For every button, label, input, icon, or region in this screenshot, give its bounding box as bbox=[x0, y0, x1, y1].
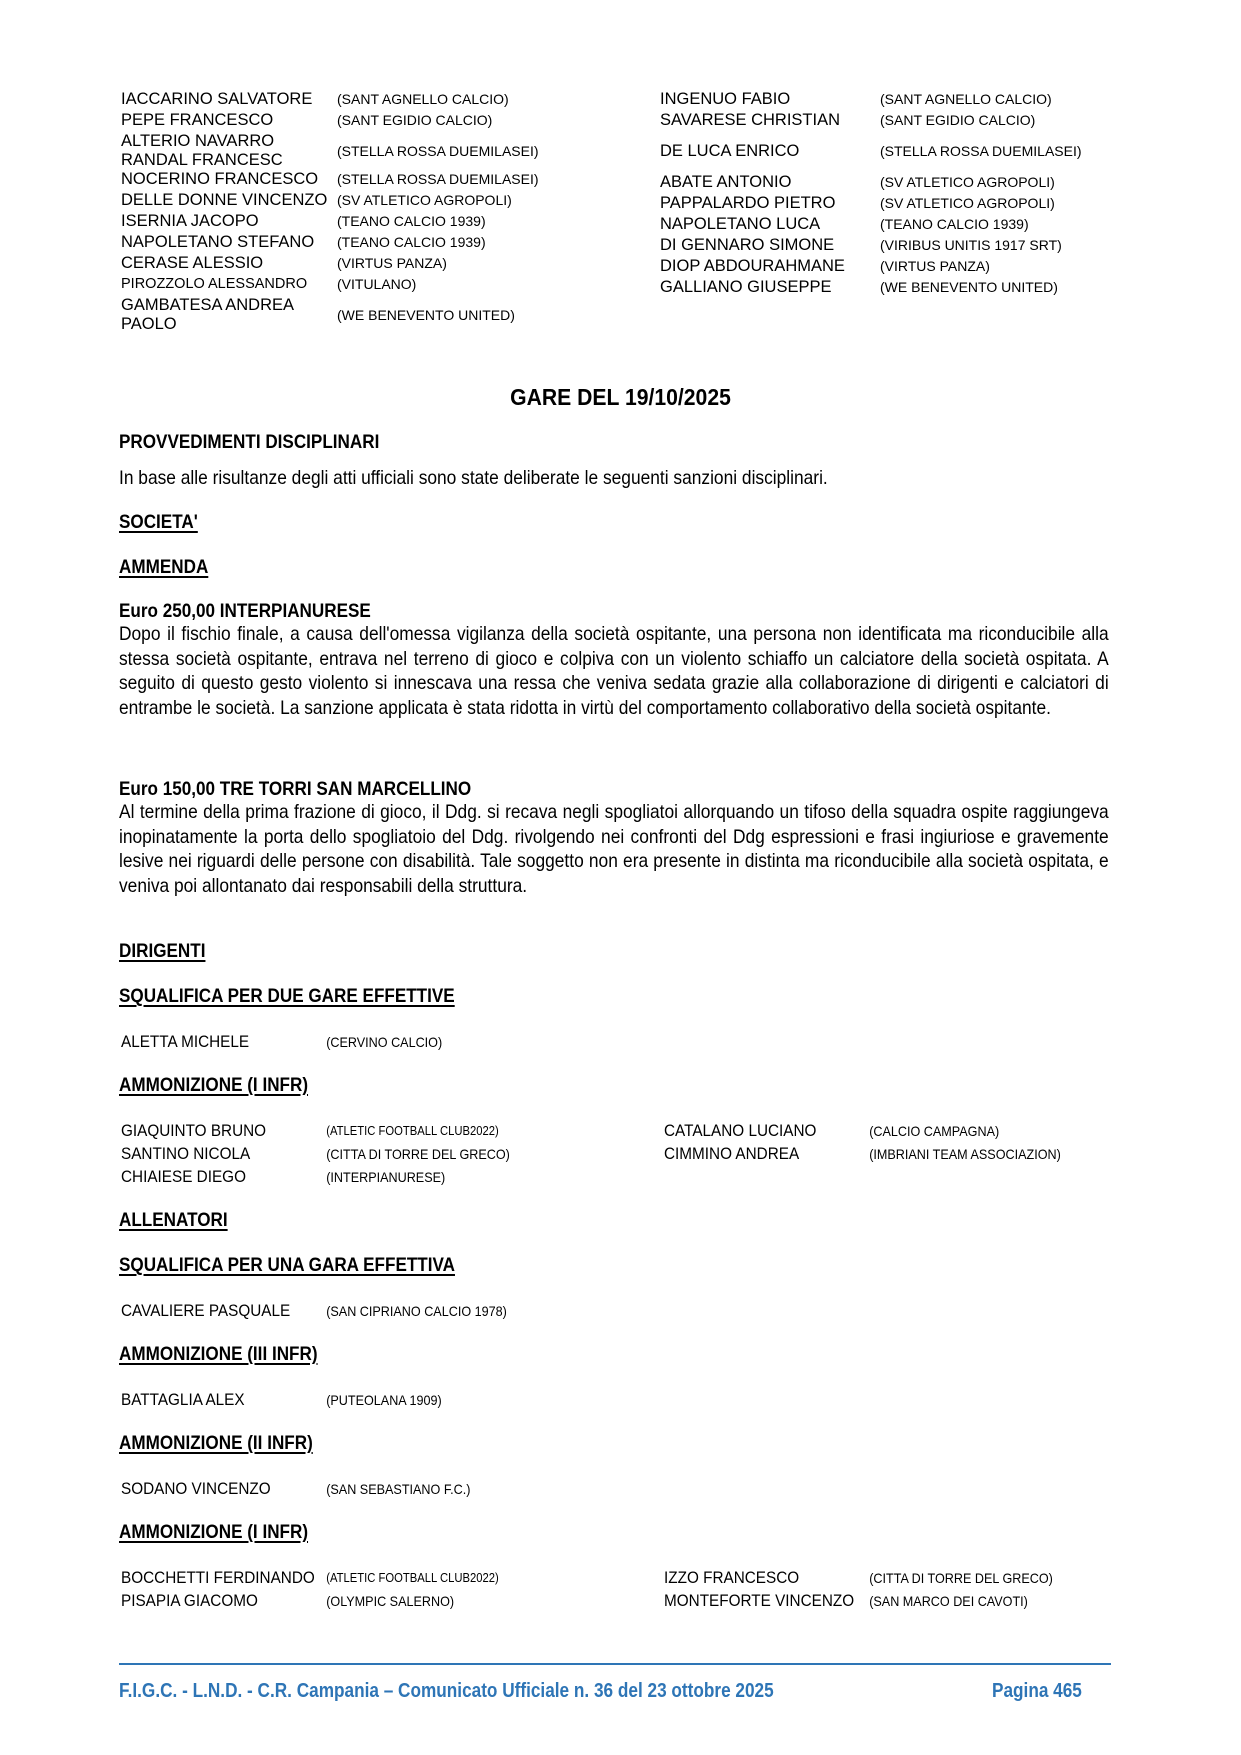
societa-heading: SOCIETA' bbox=[119, 512, 198, 534]
list-item: IACCARINO SALVATORE(SANT AGNELLO CALCIO) bbox=[121, 90, 509, 109]
player-name: DELLE DONNE VINCENZO bbox=[121, 191, 337, 210]
club-name: (TEANO CALCIO 1939) bbox=[337, 233, 486, 252]
club-name: (STELLA ROSSA DUEMILASEI) bbox=[337, 170, 539, 189]
list-item: SODANO VINCENZO(SAN SEBASTIANO F.C.) bbox=[121, 1479, 470, 1501]
player-name: PIROZZOLO ALESSANDRO bbox=[121, 275, 337, 294]
club-name: (SAN MARCO DEI CAVOTI) bbox=[869, 1593, 1028, 1609]
person-name: CATALANO LUCIANO bbox=[664, 1121, 869, 1141]
club-name: (CALCIO CAMPAGNA) bbox=[869, 1123, 999, 1139]
player-name: SAVARESE CHRISTIAN bbox=[660, 111, 880, 130]
list-item: IZZO FRANCESCO(CITTA DI TORRE DEL GRECO) bbox=[664, 1568, 1053, 1590]
list-item: NAPOLETANO STEFANO(TEANO CALCIO 1939) bbox=[121, 233, 486, 252]
club-name: (CITTA DI TORRE DEL GRECO) bbox=[869, 1570, 1053, 1586]
list-item: DIOP ABDOURAHMANE(VIRTUS PANZA) bbox=[660, 257, 990, 276]
club-name: (VIRIBUS UNITIS 1917 SRT) bbox=[880, 236, 1062, 255]
list-item: NAPOLETANO LUCA(TEANO CALCIO 1939) bbox=[660, 215, 1029, 234]
list-item: PEPE FRANCESCO(SANT EGIDIO CALCIO) bbox=[121, 111, 492, 130]
club-name: (SAN CIPRIANO CALCIO 1978) bbox=[326, 1303, 507, 1319]
person-name: BATTAGLIA ALEX bbox=[121, 1390, 326, 1410]
player-name: ISERNIA JACOPO bbox=[121, 212, 337, 231]
list-item: DI GENNARO SIMONE(VIRIBUS UNITIS 1917 SR… bbox=[660, 236, 1062, 255]
club-name: (SV ATLETICO AGROPOLI) bbox=[337, 191, 512, 210]
person-name: ALETTA MICHELE bbox=[121, 1032, 326, 1052]
person-name: IZZO FRANCESCO bbox=[664, 1568, 869, 1588]
ammonizione-heading: AMMONIZIONE (I INFR) bbox=[119, 1075, 308, 1097]
person-name: CHIAIESE DIEGO bbox=[121, 1167, 326, 1187]
list-item: GAMBATESA ANDREA PAOLO(WE BENEVENTO UNIT… bbox=[121, 296, 515, 334]
person-name: GIAQUINTO BRUNO bbox=[121, 1121, 326, 1141]
document-page: IACCARINO SALVATORE(SANT AGNELLO CALCIO)… bbox=[0, 0, 1241, 1755]
fine-text: Dopo il fischio finale, a causa dell'ome… bbox=[119, 622, 1109, 720]
player-name: ALTERIO NAVARRO RANDAL FRANCESC bbox=[121, 132, 321, 170]
provvedimenti-heading: PROVVEDIMENTI DISCIPLINARI bbox=[119, 432, 379, 454]
squalifica-heading: SQUALIFICA PER UNA GARA EFFETTIVA bbox=[119, 1255, 455, 1277]
fine-title: Euro 250,00 INTERPIANURESE bbox=[119, 601, 371, 623]
section-title: GARE DEL 19/10/2025 bbox=[50, 384, 1192, 411]
club-name: (ATLETIC FOOTBALL CLUB2022) bbox=[326, 1571, 499, 1585]
list-item: PAPPALARDO PIETRO(SV ATLETICO AGROPOLI) bbox=[660, 194, 1055, 213]
club-name: (TEANO CALCIO 1939) bbox=[337, 212, 486, 231]
fine-description: Al termine della prima frazione di gioco… bbox=[119, 800, 1109, 898]
club-name: (SANT EGIDIO CALCIO) bbox=[337, 111, 492, 130]
player-name: NOCERINO FRANCESCO bbox=[121, 170, 337, 189]
club-name: (VITULANO) bbox=[337, 275, 416, 294]
ammonizione-iii-heading: AMMONIZIONE (III INFR) bbox=[119, 1344, 318, 1366]
list-item: CERASE ALESSIO(VIRTUS PANZA) bbox=[121, 254, 447, 273]
club-name: (STELLA ROSSA DUEMILASEI) bbox=[880, 142, 1082, 161]
player-name: PEPE FRANCESCO bbox=[121, 111, 337, 130]
list-item: MONTEFORTE VINCENZO(SAN MARCO DEI CAVOTI… bbox=[664, 1591, 1028, 1613]
club-name: (PUTEOLANA 1909) bbox=[326, 1392, 442, 1408]
list-item: SAVARESE CHRISTIAN(SANT EGIDIO CALCIO) bbox=[660, 111, 1035, 130]
player-name: GALLIANO GIUSEPPE bbox=[660, 278, 880, 297]
ammenda-heading: AMMENDA bbox=[119, 557, 208, 579]
club-name: (SV ATLETICO AGROPOLI) bbox=[880, 194, 1055, 213]
club-name: (WE BENEVENTO UNITED) bbox=[880, 278, 1058, 297]
list-item: GIAQUINTO BRUNO(ATLETIC FOOTBALL CLUB202… bbox=[121, 1121, 499, 1143]
list-item: NOCERINO FRANCESCO(STELLA ROSSA DUEMILAS… bbox=[121, 170, 539, 189]
list-item: CHIAIESE DIEGO(INTERPIANURESE) bbox=[121, 1167, 445, 1189]
person-name: BOCCHETTI FERDINANDO bbox=[121, 1568, 326, 1588]
club-name: (SANT AGNELLO CALCIO) bbox=[880, 90, 1052, 109]
ammonizione-i-heading: AMMONIZIONE (I INFR) bbox=[119, 1522, 308, 1544]
list-item: DE LUCA ENRICO(STELLA ROSSA DUEMILASEI) bbox=[660, 142, 1082, 161]
club-name: (INTERPIANURESE) bbox=[326, 1169, 445, 1185]
player-name: DIOP ABDOURAHMANE bbox=[660, 257, 880, 276]
fine-description: Dopo il fischio finale, a causa dell'ome… bbox=[119, 622, 1109, 720]
list-item: PISAPIA GIACOMO(OLYMPIC SALERNO) bbox=[121, 1591, 454, 1613]
list-item: INGENUO FABIO(SANT AGNELLO CALCIO) bbox=[660, 90, 1052, 109]
player-name: PAPPALARDO PIETRO bbox=[660, 194, 880, 213]
list-item: ISERNIA JACOPO(TEANO CALCIO 1939) bbox=[121, 212, 486, 231]
list-item: ALETTA MICHELE(CERVINO CALCIO) bbox=[121, 1032, 442, 1054]
club-name: (WE BENEVENTO UNITED) bbox=[337, 306, 515, 325]
club-name: (OLYMPIC SALERNO) bbox=[326, 1593, 454, 1609]
club-name: (SANT EGIDIO CALCIO) bbox=[880, 111, 1035, 130]
player-name: ABATE ANTONIO bbox=[660, 173, 880, 192]
player-name: DI GENNARO SIMONE bbox=[660, 236, 880, 255]
list-item: CAVALIERE PASQUALE(SAN CIPRIANO CALCIO 1… bbox=[121, 1301, 507, 1323]
list-item: CIMMINO ANDREA(IMBRIANI TEAM ASSOCIAZION… bbox=[664, 1144, 1061, 1166]
list-item: ALTERIO NAVARRO RANDAL FRANCESC(STELLA R… bbox=[121, 132, 539, 170]
club-name: (SAN SEBASTIANO F.C.) bbox=[326, 1481, 470, 1497]
list-item: BATTAGLIA ALEX(PUTEOLANA 1909) bbox=[121, 1390, 442, 1412]
club-name: (TEANO CALCIO 1939) bbox=[880, 215, 1029, 234]
player-name: INGENUO FABIO bbox=[660, 90, 880, 109]
person-name: SODANO VINCENZO bbox=[121, 1479, 326, 1499]
list-item: GALLIANO GIUSEPPE(WE BENEVENTO UNITED) bbox=[660, 278, 1058, 297]
footer-text: F.I.G.C. - L.N.D. - C.R. Campania – Comu… bbox=[119, 1680, 774, 1703]
page-number: Pagina 465 bbox=[992, 1680, 1082, 1703]
player-name: IACCARINO SALVATORE bbox=[121, 90, 337, 109]
person-name: MONTEFORTE VINCENZO bbox=[664, 1591, 869, 1611]
player-name: GAMBATESA ANDREA PAOLO bbox=[121, 296, 311, 334]
player-name: DE LUCA ENRICO bbox=[660, 142, 880, 161]
club-name: (SV ATLETICO AGROPOLI) bbox=[880, 173, 1055, 192]
player-name: CERASE ALESSIO bbox=[121, 254, 337, 273]
person-name: CAVALIERE PASQUALE bbox=[121, 1301, 326, 1321]
club-name: (CERVINO CALCIO) bbox=[326, 1034, 442, 1050]
allenatori-heading: ALLENATORI bbox=[119, 1210, 228, 1232]
club-name: (VIRTUS PANZA) bbox=[880, 257, 990, 276]
club-name: (IMBRIANI TEAM ASSOCIAZION) bbox=[869, 1146, 1061, 1162]
list-item: CATALANO LUCIANO(CALCIO CAMPAGNA) bbox=[664, 1121, 999, 1143]
list-item: PIROZZOLO ALESSANDRO(VITULANO) bbox=[121, 275, 416, 294]
ammonizione-ii-heading: AMMONIZIONE (II INFR) bbox=[119, 1433, 313, 1455]
dirigenti-heading: DIRIGENTI bbox=[119, 941, 205, 963]
fine-text: Al termine della prima frazione di gioco… bbox=[119, 800, 1109, 898]
list-item: BOCCHETTI FERDINANDO(ATLETIC FOOTBALL CL… bbox=[121, 1568, 499, 1590]
player-name: NAPOLETANO LUCA bbox=[660, 215, 880, 234]
club-name: (STELLA ROSSA DUEMILASEI) bbox=[337, 142, 539, 161]
player-name: NAPOLETANO STEFANO bbox=[121, 233, 337, 252]
intro-text: In base alle risultanze degli atti uffic… bbox=[119, 467, 828, 490]
club-name: (CITTA DI TORRE DEL GRECO) bbox=[326, 1146, 510, 1162]
list-item: DELLE DONNE VINCENZO(SV ATLETICO AGROPOL… bbox=[121, 191, 512, 210]
list-item: ABATE ANTONIO(SV ATLETICO AGROPOLI) bbox=[660, 173, 1055, 192]
fine-title: Euro 150,00 TRE TORRI SAN MARCELLINO bbox=[119, 779, 471, 801]
person-name: PISAPIA GIACOMO bbox=[121, 1591, 326, 1611]
club-name: (ATLETIC FOOTBALL CLUB2022) bbox=[326, 1124, 499, 1138]
club-name: (SANT AGNELLO CALCIO) bbox=[337, 90, 509, 109]
list-item: SANTINO NICOLA(CITTA DI TORRE DEL GRECO) bbox=[121, 1144, 510, 1166]
person-name: SANTINO NICOLA bbox=[121, 1144, 326, 1164]
squalifica-heading: SQUALIFICA PER DUE GARE EFFETTIVE bbox=[119, 986, 455, 1008]
footer-divider bbox=[119, 1663, 1111, 1665]
person-name: CIMMINO ANDREA bbox=[664, 1144, 869, 1164]
club-name: (VIRTUS PANZA) bbox=[337, 254, 447, 273]
